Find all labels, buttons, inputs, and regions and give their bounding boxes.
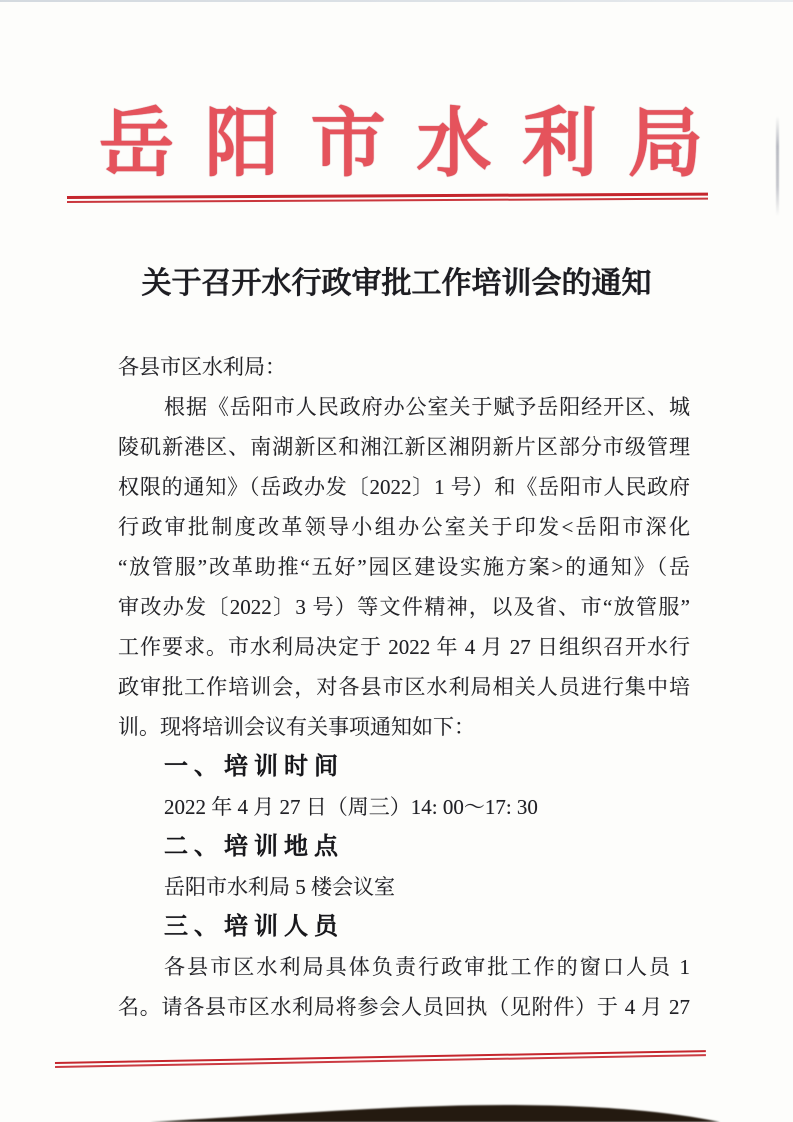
letterhead-rule [67, 193, 708, 203]
section-heading-place: 二、培训地点 [118, 827, 690, 867]
notice-title: 关于召开水行政审批工作培训会的通知 [0, 263, 793, 305]
bottom-rule [55, 1050, 706, 1068]
paragraph-line: “放管服”改革助推“五好”园区建设实施方案>的通知》（岳 [118, 547, 690, 587]
notice-body: 各县市区水利局： 根据《岳阳市人民政府办公室关于赋予岳阳经开区、城 陵矶新港区、… [118, 347, 690, 1027]
paragraph-line: 权限的通知》（岳政办发〔2022〕1 号）和《岳阳市人民政府 [118, 467, 690, 507]
section-content-place: 岳阳市水利局 5 楼会议室 [118, 867, 690, 907]
paragraph-line: 行政审批制度改革领导小组办公室关于印发<岳阳市深化 [118, 507, 690, 547]
salutation: 各县市区水利局： [118, 347, 690, 387]
paragraph-line: 审改办发〔2022〕3 号）等文件精神，以及省、市“放管服” [118, 587, 690, 627]
paragraph-line: 工作要求。市水利局决定于 2022 年 4 月 27 日组织召开水行 [118, 627, 690, 667]
section-heading-time: 一、培训时间 [118, 747, 690, 787]
section-content-people-line: 名。请各县市区水利局将参会人员回执（见附件）于 4 月 27 [118, 987, 690, 1027]
section-content-time: 2022 年 4 月 27 日（周三）14: 00～17: 30 [118, 787, 690, 827]
paragraph-line: 陵矶新港区、南湖新区和湘江新区湘阴新片区部分市级管理 [118, 427, 690, 467]
letterhead-org-name: 岳阳市水利局 [99, 104, 703, 186]
scan-top-edge [0, 0, 793, 2]
section-content-people-line: 各县市区水利局具体负责行政审批工作的窗口人员 1 [118, 947, 690, 987]
paragraph-line: 训。现将培训会议有关事项通知如下： [118, 707, 690, 747]
section-heading-people: 三、培训人员 [118, 907, 690, 947]
scan-streak [776, 116, 779, 216]
scan-shadow [0, 1098, 793, 1122]
paragraph-line: 政审批工作培训会，对各县市区水利局相关人员进行集中培 [118, 667, 690, 707]
paragraph-line: 根据《岳阳市人民政府办公室关于赋予岳阳经开区、城 [118, 387, 690, 427]
